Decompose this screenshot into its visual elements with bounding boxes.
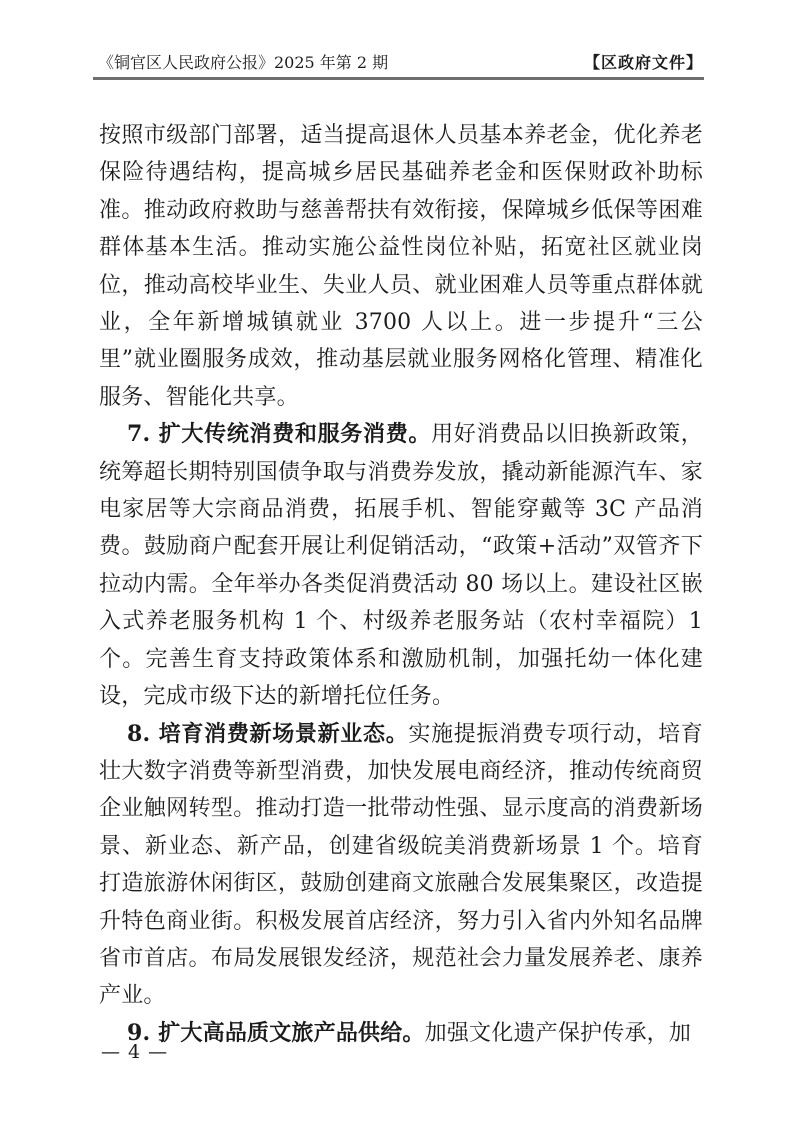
- paragraph-section-9-cultural-tourism: 9. 扩大高品质文旅产品供给。加强文化遗产保护传承，加: [99, 1015, 703, 1052]
- paragraph-social-security-employment: 按照市级部门部署，适当提高退休人员基本养老金，优化养老保险待遇结构，提高城乡居民…: [99, 117, 703, 416]
- paragraph-text: 用好消费品以旧换新政策，统筹超长期特别国债争取与消费券发放，撬动新能源汽车、家电…: [99, 422, 703, 709]
- gazette-title: 《铜官区人民政府公报》2025 年第 2 期: [98, 52, 388, 74]
- paragraph-text: 按照市级部门部署，适当提高退休人员基本养老金，优化养老保险待遇结构，提高城乡居民…: [99, 123, 703, 410]
- document-body: 按照市级部门部署，适当提高退休人员基本养老金，优化养老保险待遇结构，提高城乡居民…: [99, 117, 703, 1052]
- section-8-heading: 8. 培育消费新场景新业态。: [127, 721, 408, 747]
- paragraph-text: 实施提振消费专项行动，培育壮大数字消费等新型消费，加快发展电商经济，推动传统商贸…: [99, 722, 703, 1009]
- paragraph-section-7-traditional-consumption: 7. 扩大传统消费和服务消费。用好消费品以旧换新政策，统筹超长期特别国债争取与消…: [99, 416, 703, 715]
- page-header: 《铜官区人民政府公报》2025 年第 2 期 【区政府文件】: [98, 52, 703, 74]
- page-number: — 4 —: [101, 1041, 168, 1063]
- header-rule: [93, 77, 704, 80]
- section-7-heading: 7. 扩大传统消费和服务消费。: [127, 421, 431, 447]
- paragraph-section-8-new-consumption-scenes: 8. 培育消费新场景新业态。实施提振消费专项行动，培育壮大数字消费等新型消费，加…: [99, 716, 703, 1015]
- paragraph-text: 加强文化遗产保护传承，加: [425, 1021, 691, 1046]
- document-page: 《铜官区人民政府公报》2025 年第 2 期 【区政府文件】 按照市级部门部署，…: [0, 0, 793, 1122]
- document-category-label: 【区政府文件】: [584, 52, 703, 74]
- section-9-heading: 9. 扩大高品质文旅产品供给。: [127, 1020, 425, 1046]
